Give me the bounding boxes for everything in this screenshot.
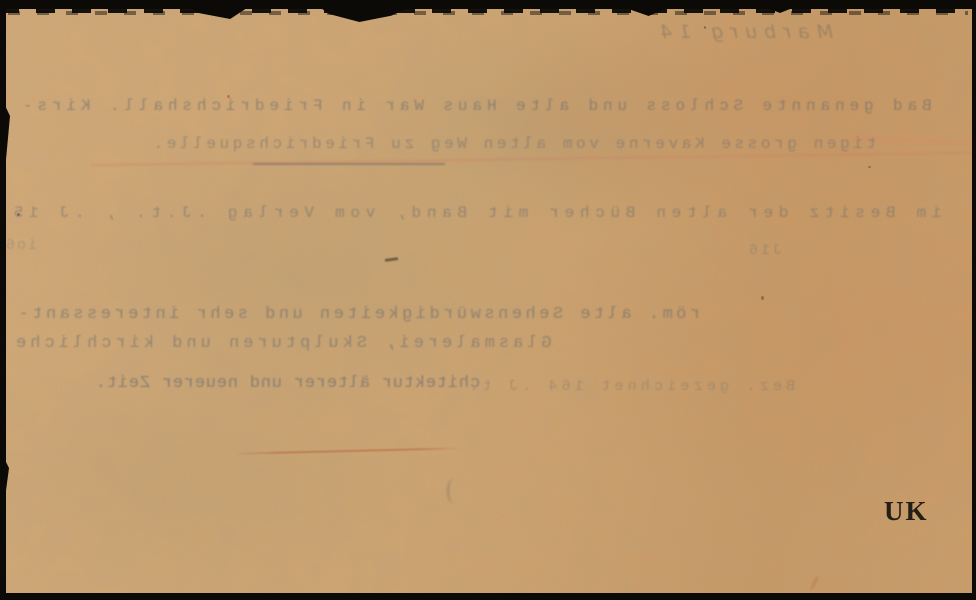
bleedthrough-line: chitektur älterer und neuerer Zeit. bbox=[95, 374, 480, 393]
scan-edge-bottom bbox=[0, 593, 976, 600]
bleedthrough-fragment: J16 bbox=[746, 242, 782, 259]
pencil-note: Marburg 14 bbox=[653, 21, 833, 43]
ink-underline bbox=[253, 163, 445, 165]
uk-marking: UK bbox=[884, 496, 929, 527]
bleedthrough-line: im Besitz der alten Bücher mit Band, vom… bbox=[8, 204, 941, 222]
bleedthrough-line: Bad genannte Schloss und alte Haus War i… bbox=[18, 97, 932, 115]
scan-edge-left bbox=[0, 0, 6, 600]
brown-speck bbox=[761, 296, 764, 300]
dark-speck bbox=[868, 166, 871, 168]
bleedthrough-fragment: Bez. gezeichnet 164 .J t. bbox=[465, 378, 795, 395]
torn-edge-dashes bbox=[8, 11, 968, 15]
bleedthrough-line: Glasmalerei, Skulpturen und kirchliche bbox=[12, 334, 552, 353]
pencil-curl bbox=[447, 478, 462, 504]
bleedthrough-line: tigen grosse Kaverne vom alten Weg zu Fr… bbox=[150, 135, 876, 153]
scan-edge-right bbox=[972, 0, 976, 600]
bleedthrough-fragment: io6 bbox=[4, 237, 37, 254]
scanned-document-page: { "scan": { "marking": { "label": "UK" }… bbox=[0, 0, 976, 600]
bleedthrough-line: röm. alte Sehenswürdigkeiten und sehr in… bbox=[15, 305, 700, 324]
